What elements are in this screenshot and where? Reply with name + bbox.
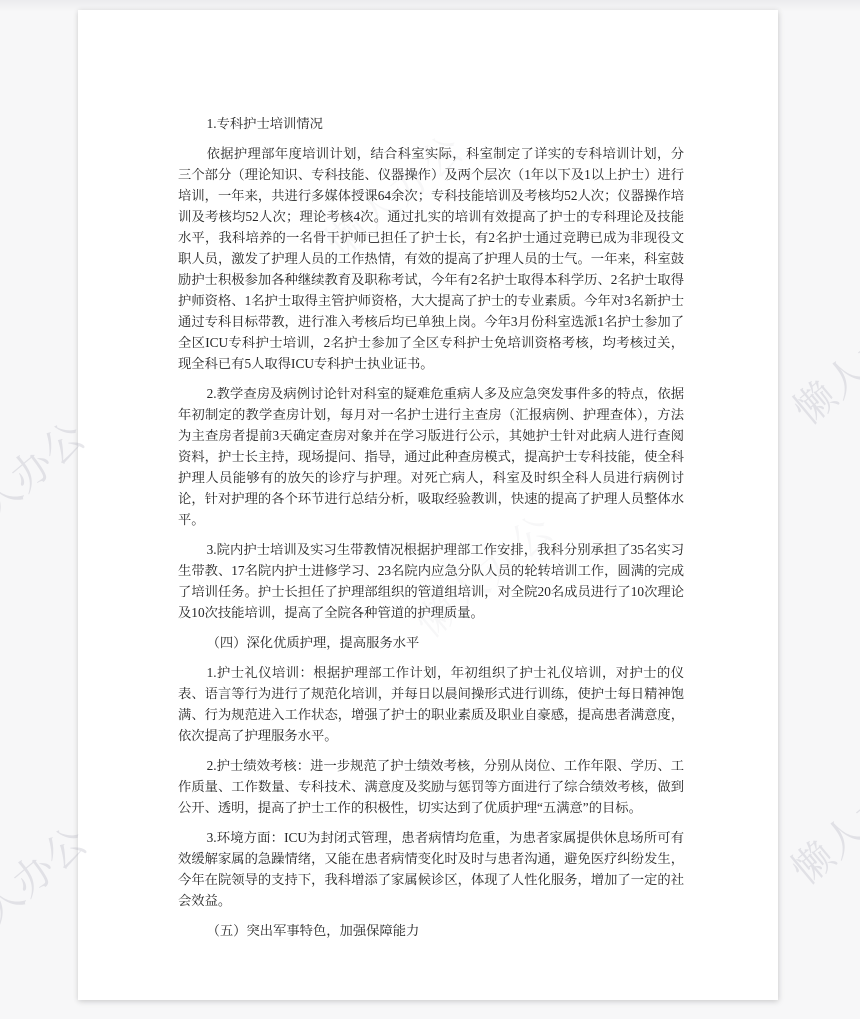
document-body: 1.专科护士培训情况依据护理部年度培训计划，结合科室实际，科室制定了详实的专科培… [178,113,684,950]
paragraph: 2.教学查房及病例讨论针对科室的疑难危重病人多及应急突发事件多的特点，依据年初制… [178,383,684,530]
watermark-text: 懒人办公 [780,286,860,435]
paragraph: （四）深化优质护理，提高服务水平 [178,632,684,653]
paragraph: 1.专科护士培训情况 [178,113,684,134]
paragraph: 1.护士礼仪培训：根据护理部工作计划，年初组织了护士礼仪培训，对护士的仪表、语言… [178,662,684,746]
paragraph: 2.护士绩效考核：进一步规范了护士绩效考核，分别从岗位、工作年限、学历、工作质量… [178,755,684,818]
paragraph: 3.院内护士培训及实习生带教情况根据护理部工作安排，我科分别承担了35名实习生带… [178,539,684,623]
document-viewer-background: 1.专科护士培训情况依据护理部年度培训计划，结合科室实际，科室制定了详实的专科培… [0,0,860,1019]
watermark-text: 懒人办公 [778,746,860,895]
document-page: 1.专科护士培训情况依据护理部年度培训计划，结合科室实际，科室制定了详实的专科培… [78,10,778,1000]
paragraph: 3.环境方面：ICU为封闭式管理，患者病情均危重，为患者家属提供休息场所可有效缓… [178,827,684,911]
paragraph: 依据护理部年度培训计划，结合科室实际，科室制定了详实的专科培训计划，分三个部分（… [178,143,684,374]
paragraph: （五）突出军事特色，加强保障能力 [178,920,684,941]
